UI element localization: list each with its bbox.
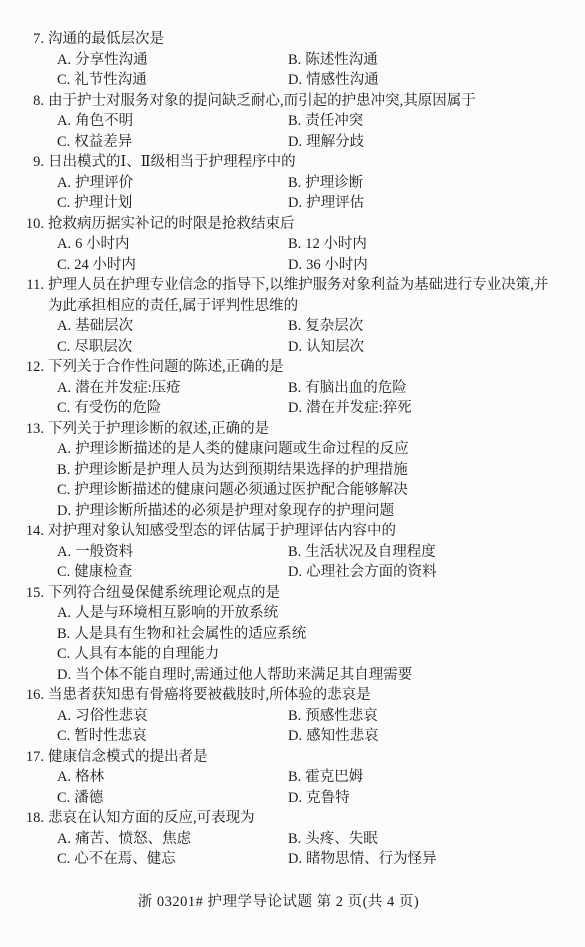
option-label: D. (288, 337, 302, 358)
option-label: B. (288, 767, 301, 788)
question-8: 8.由于护士对服务对象的提问缺乏耐心,而引起的护患冲突,其原因属于A.角色不明B… (0, 91, 557, 153)
option-d: D.当个体不能自理时,需通过他人帮助来满足其自理需要 (57, 665, 557, 686)
option-text: 习俗性悲哀 (75, 706, 148, 727)
question-15: 15.下列符合纽曼保健系统理论观点的是A.人是与环境相互影响的开放系统B.人是具… (0, 583, 557, 686)
option-b: B.头疼、失眠 (288, 829, 557, 850)
option-text: 12 小时内 (305, 234, 367, 255)
option-text: 护理诊断描述的是人类的健康问题或生命过程的反应 (75, 439, 409, 460)
option-label: D. (288, 193, 302, 214)
question-13: 13.下列关于护理诊断的叙述,正确的是A.护理诊断描述的是人类的健康问题或生命过… (0, 419, 557, 522)
option-label: D. (288, 726, 302, 747)
question-head: 8.由于护士对服务对象的提问缺乏耐心,而引起的护患冲突,其原因属于 (0, 91, 557, 112)
option-b: B.有脑出血的危险 (288, 378, 557, 399)
option-text: 感知性悲哀 (306, 726, 379, 747)
question-text: 抢救病历据实补记的时限是抢救结束后 (48, 214, 557, 235)
option-c: C.护理诊断描述的健康问题必须通过医护配合能够解决 (57, 480, 557, 501)
option-label: B. (288, 111, 301, 132)
option-text: 权益差异 (74, 132, 132, 153)
question-head: 10.抢救病历据实补记的时限是抢救结束后 (0, 214, 557, 235)
option-label: A. (57, 706, 71, 727)
options: A.基础层次B.复杂层次C.尽职层次D.认知层次 (0, 316, 557, 357)
option-label: C. (57, 255, 70, 276)
option-c: C.心不在焉、健忘 (57, 849, 288, 870)
question-text: 健康信念模式的提出者是 (48, 747, 557, 768)
question-18: 18.悲哀在认知方面的反应,可表现为A.痛苦、愤怒、焦虑B.头疼、失眠C.心不在… (0, 808, 557, 870)
question-number: 16. (0, 685, 48, 706)
option-text: 护理评估 (306, 193, 364, 214)
question-number: 13. (0, 419, 48, 440)
option-a: A.一般资料 (57, 542, 288, 563)
option-text: 暂时性悲哀 (74, 726, 147, 747)
option-d: D.感知性悲哀 (288, 726, 557, 747)
option-text: 护理诊断是护理人员为达到预期结果选择的护理措施 (74, 460, 408, 481)
option-text: 克鲁特 (306, 788, 350, 809)
option-text: 理解分歧 (306, 132, 364, 153)
option-text: 格林 (75, 767, 104, 788)
option-label: C. (57, 480, 70, 501)
option-text: 潜在并发症:猝死 (306, 398, 412, 419)
option-label: C. (57, 70, 70, 91)
option-label: B. (288, 378, 301, 399)
option-text: 认知层次 (306, 337, 364, 358)
option-text: 基础层次 (75, 316, 133, 337)
options: A.护理诊断描述的是人类的健康问题或生命过程的反应B.护理诊断是护理人员为达到预… (0, 439, 557, 521)
option-text: 预感性悲哀 (305, 706, 378, 727)
question-number: 11. (0, 275, 48, 296)
option-d: D.护理评估 (288, 193, 557, 214)
option-d: D.理解分歧 (288, 132, 557, 153)
options: A.人是与环境相互影响的开放系统B.人是具有生物和社会属性的适应系统C.人具有本… (0, 603, 557, 685)
question-number: 8. (0, 91, 48, 112)
question-number: 14. (0, 521, 48, 542)
option-b: B.护理诊断是护理人员为达到预期结果选择的护理措施 (57, 460, 557, 481)
option-c: C.暂时性悲哀 (57, 726, 288, 747)
option-b: B.护理诊断 (288, 173, 557, 194)
option-label: C. (57, 193, 70, 214)
option-b: B.霍克巴姆 (288, 767, 557, 788)
options: A.习俗性悲哀B.预感性悲哀C.暂时性悲哀D.感知性悲哀 (0, 706, 557, 747)
question-head: 15.下列符合纽曼保健系统理论观点的是 (0, 583, 557, 604)
options: A.分享性沟通B.陈述性沟通C.礼节性沟通D.情感性沟通 (0, 50, 557, 91)
option-text: 健康检查 (74, 562, 132, 583)
option-label: D. (57, 501, 71, 522)
option-text: 分享性沟通 (75, 50, 148, 71)
option-label: A. (57, 542, 71, 563)
option-label: A. (57, 50, 71, 71)
option-text: 陈述性沟通 (305, 50, 378, 71)
option-d: D.潜在并发症:猝死 (288, 398, 557, 419)
question-head: 14.对护理对象认知感受型态的评估属于护理评估内容中的 (0, 521, 557, 542)
option-label: C. (57, 132, 70, 153)
option-b: B.生活状况及自理程度 (288, 542, 557, 563)
question-17: 17.健康信念模式的提出者是A.格林B.霍克巴姆C.潘德D.克鲁特 (0, 747, 557, 809)
option-c: C.尽职层次 (57, 337, 288, 358)
option-label: B. (288, 542, 301, 563)
option-text: 护理诊断 (305, 173, 363, 194)
option-a: A.痛苦、愤怒、焦虑 (57, 829, 288, 850)
question-text: 沟通的最低层次是 (48, 29, 557, 50)
option-label: B. (288, 706, 301, 727)
option-text: 36 小时内 (306, 255, 368, 276)
options: A.护理评价B.护理诊断C.护理计划D.护理评估 (0, 173, 557, 214)
option-label: B. (288, 50, 301, 71)
option-text: 霍克巴姆 (305, 767, 363, 788)
question-head: 9.日出模式的Ⅰ、Ⅱ级相当于护理程序中的 (0, 152, 557, 173)
option-text: 人是与环境相互影响的开放系统 (75, 603, 278, 624)
option-text: 情感性沟通 (306, 70, 379, 91)
question-head: 7.沟通的最低层次是 (0, 29, 557, 50)
option-text: 头疼、失眠 (305, 829, 378, 850)
option-text: 有受伤的危险 (74, 398, 161, 419)
option-text: 睹物思情、行为怪异 (306, 849, 437, 870)
question-head: 16.当患者获知患有骨癌将要被截肢时,所体验的悲哀是 (0, 685, 557, 706)
page-footer: 浙 03201# 护理学导论试题 第 2 页(共 4 页) (0, 892, 557, 913)
option-label: D. (288, 132, 302, 153)
option-text: 6 小时内 (75, 234, 129, 255)
question-16: 16.当患者获知患有骨癌将要被截肢时,所体验的悲哀是A.习俗性悲哀B.预感性悲哀… (0, 685, 557, 747)
question-14: 14.对护理对象认知感受型态的评估属于护理评估内容中的A.一般资料B.生活状况及… (0, 521, 557, 583)
option-label: A. (57, 173, 71, 194)
question-head: 11.护理人员在护理专业信念的指导下,以维护服务对象利益为基础进行专业决策,并为… (0, 275, 557, 316)
option-label: A. (57, 439, 71, 460)
option-label: A. (57, 767, 71, 788)
option-d: D.情感性沟通 (288, 70, 557, 91)
option-b: B.人是具有生物和社会属性的适应系统 (57, 624, 557, 645)
option-c: C.健康检查 (57, 562, 288, 583)
option-text: 复杂层次 (305, 316, 363, 337)
options: A.潜在并发症:压疮B.有脑出血的危险C.有受伤的危险D.潜在并发症:猝死 (0, 378, 557, 419)
question-head: 17.健康信念模式的提出者是 (0, 747, 557, 768)
option-label: C. (57, 398, 70, 419)
question-text: 下列符合纽曼保健系统理论观点的是 (48, 583, 557, 604)
question-number: 17. (0, 747, 48, 768)
option-c: C.潘德 (57, 788, 288, 809)
option-text: 礼节性沟通 (74, 70, 147, 91)
option-label: A. (57, 234, 71, 255)
option-text: 人是具有生物和社会属性的适应系统 (74, 624, 306, 645)
option-d: D.36 小时内 (288, 255, 557, 276)
option-text: 护理评价 (75, 173, 133, 194)
option-label: B. (57, 460, 70, 481)
question-number: 7. (0, 29, 48, 50)
question-text: 下列关于合作性问题的陈述,正确的是 (48, 357, 557, 378)
question-list: 7.沟通的最低层次是A.分享性沟通B.陈述性沟通C.礼节性沟通D.情感性沟通8.… (0, 29, 557, 870)
option-b: B.复杂层次 (288, 316, 557, 337)
option-text: 当个体不能自理时,需通过他人帮助来满足其自理需要 (75, 665, 412, 686)
option-b: B.预感性悲哀 (288, 706, 557, 727)
question-number: 9. (0, 152, 48, 173)
option-c: C.礼节性沟通 (57, 70, 288, 91)
option-text: 生活状况及自理程度 (305, 542, 436, 563)
question-text: 由于护士对服务对象的提问缺乏耐心,而引起的护患冲突,其原因属于 (48, 91, 557, 112)
option-text: 护理诊断描述的健康问题必须通过医护配合能够解决 (74, 480, 408, 501)
option-label: D. (288, 70, 302, 91)
option-c: C.24 小时内 (57, 255, 288, 276)
option-c: C.护理计划 (57, 193, 288, 214)
options: A.6 小时内B.12 小时内C.24 小时内D.36 小时内 (0, 234, 557, 275)
options: A.角色不明B.责任冲突C.权益差异D.理解分歧 (0, 111, 557, 152)
question-number: 15. (0, 583, 48, 604)
question-7: 7.沟通的最低层次是A.分享性沟通B.陈述性沟通C.礼节性沟通D.情感性沟通 (0, 29, 557, 91)
option-label: D. (288, 255, 302, 276)
option-label: B. (288, 173, 301, 194)
option-label: A. (57, 316, 71, 337)
option-label: C. (57, 644, 70, 665)
option-a: A.角色不明 (57, 111, 288, 132)
option-a: A.基础层次 (57, 316, 288, 337)
exam-page: 7.沟通的最低层次是A.分享性沟通B.陈述性沟通C.礼节性沟通D.情感性沟通8.… (0, 0, 585, 947)
option-text: 心理社会方面的资料 (306, 562, 437, 583)
option-label: D. (288, 398, 302, 419)
question-number: 18. (0, 808, 48, 829)
option-d: D.认知层次 (288, 337, 557, 358)
option-b: B.12 小时内 (288, 234, 557, 255)
option-label: D. (288, 562, 302, 583)
options: A.痛苦、愤怒、焦虑B.头疼、失眠C.心不在焉、健忘D.睹物思情、行为怪异 (0, 829, 557, 870)
question-text: 下列关于护理诊断的叙述,正确的是 (48, 419, 557, 440)
option-label: A. (57, 111, 71, 132)
question-head: 12.下列关于合作性问题的陈述,正确的是 (0, 357, 557, 378)
option-text: 护理诊断所描述的必须是护理对象现存的护理问题 (75, 501, 394, 522)
question-9: 9.日出模式的Ⅰ、Ⅱ级相当于护理程序中的A.护理评价B.护理诊断C.护理计划D.… (0, 152, 557, 214)
option-d: D.克鲁特 (288, 788, 557, 809)
option-label: A. (57, 603, 71, 624)
option-label: A. (57, 378, 71, 399)
options: A.一般资料B.生活状况及自理程度C.健康检查D.心理社会方面的资料 (0, 542, 557, 583)
option-text: 尽职层次 (74, 337, 132, 358)
option-a: A.人是与环境相互影响的开放系统 (57, 603, 557, 624)
option-label: C. (57, 788, 70, 809)
question-text: 当患者获知患有骨癌将要被截肢时,所体验的悲哀是 (48, 685, 557, 706)
option-c: C.人具有本能的自理能力 (57, 644, 557, 665)
option-b: B.陈述性沟通 (288, 50, 557, 71)
option-text: 心不在焉、健忘 (74, 849, 176, 870)
option-a: A.格林 (57, 767, 288, 788)
option-a: A.6 小时内 (57, 234, 288, 255)
question-head: 18.悲哀在认知方面的反应,可表现为 (0, 808, 557, 829)
option-a: A.习俗性悲哀 (57, 706, 288, 727)
option-label: C. (57, 562, 70, 583)
option-text: 护理计划 (74, 193, 132, 214)
option-text: 潜在并发症:压疮 (75, 378, 181, 399)
option-label: D. (288, 849, 302, 870)
option-text: 责任冲突 (305, 111, 363, 132)
option-text: 潘德 (74, 788, 103, 809)
question-number: 10. (0, 214, 48, 235)
option-label: A. (57, 829, 71, 850)
option-label: C. (57, 849, 70, 870)
question-12: 12.下列关于合作性问题的陈述,正确的是A.潜在并发症:压疮B.有脑出血的危险C… (0, 357, 557, 419)
option-text: 人具有本能的自理能力 (74, 644, 219, 665)
question-text: 日出模式的Ⅰ、Ⅱ级相当于护理程序中的 (48, 152, 557, 173)
option-text: 痛苦、愤怒、焦虑 (75, 829, 191, 850)
option-label: B. (288, 316, 301, 337)
question-text: 对护理对象认知感受型态的评估属于护理评估内容中的 (48, 521, 557, 542)
question-head: 13.下列关于护理诊断的叙述,正确的是 (0, 419, 557, 440)
option-text: 角色不明 (75, 111, 133, 132)
option-d: D.护理诊断所描述的必须是护理对象现存的护理问题 (57, 501, 557, 522)
option-a: A.潜在并发症:压疮 (57, 378, 288, 399)
option-label: B. (57, 624, 70, 645)
option-a: A.护理评价 (57, 173, 288, 194)
option-label: C. (57, 726, 70, 747)
question-number: 12. (0, 357, 48, 378)
question-text: 悲哀在认知方面的反应,可表现为 (48, 808, 557, 829)
option-text: 有脑出血的危险 (305, 378, 407, 399)
question-11: 11.护理人员在护理专业信念的指导下,以维护服务对象利益为基础进行专业决策,并为… (0, 275, 557, 357)
question-text: 护理人员在护理专业信念的指导下,以维护服务对象利益为基础进行专业决策,并为此承担… (48, 275, 557, 316)
option-label: D. (57, 665, 71, 686)
option-c: C.有受伤的危险 (57, 398, 288, 419)
option-b: B.责任冲突 (288, 111, 557, 132)
option-text: 24 小时内 (74, 255, 136, 276)
option-label: B. (288, 829, 301, 850)
option-d: D.心理社会方面的资料 (288, 562, 557, 583)
option-a: A.护理诊断描述的是人类的健康问题或生命过程的反应 (57, 439, 557, 460)
option-label: D. (288, 788, 302, 809)
option-c: C.权益差异 (57, 132, 288, 153)
option-a: A.分享性沟通 (57, 50, 288, 71)
option-label: C. (57, 337, 70, 358)
question-10: 10.抢救病历据实补记的时限是抢救结束后A.6 小时内B.12 小时内C.24 … (0, 214, 557, 276)
option-d: D.睹物思情、行为怪异 (288, 849, 557, 870)
options: A.格林B.霍克巴姆C.潘德D.克鲁特 (0, 767, 557, 808)
option-text: 一般资料 (75, 542, 133, 563)
option-label: B. (288, 234, 301, 255)
